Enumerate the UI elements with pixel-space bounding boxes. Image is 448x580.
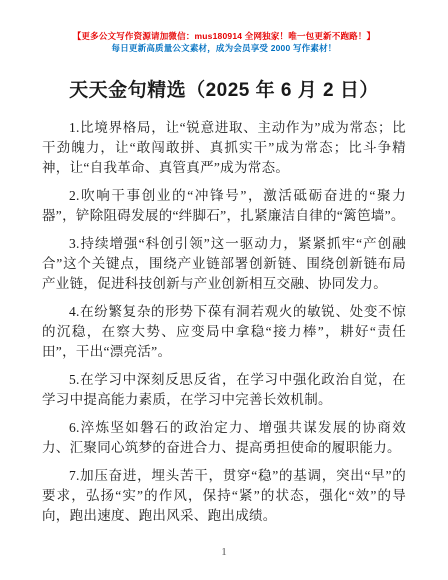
paragraph-3: 3.持续增强“科创引领”这一驱动力，紧紧抓牢“产创融合”这个关键点，围绕产业链部… — [42, 234, 406, 294]
paragraph-1: 1.比境界格局，让“锐意进取、主动作为”成为常态；比干劲魄力，让“敢闯敢拼、真抓… — [42, 118, 406, 178]
promo-header-line2: 每日更新高质量公文素材，成为会员享受 2000 写作素材！ — [42, 42, 406, 54]
document-body: 1.比境界格局，让“锐意进取、主动作为”成为常态；比干劲魄力，让“敢闯敢拼、真抓… — [42, 118, 406, 526]
promo-header: 【更多公文写作资源请加微信：mus180914 全网独家！唯一包更新不跑路！】 … — [42, 30, 406, 55]
promo-header-line1: 【更多公文写作资源请加微信：mus180914 全网独家！唯一包更新不跑路！】 — [42, 30, 406, 42]
paragraph-4: 4.在纷繁复杂的形势下葆有洞若观火的敏锐、处变不惊的沉稳，在察大势、应变局中拿稳… — [42, 302, 406, 362]
page-title: 天天金句精选（2025 年 6 月 2 日） — [42, 75, 406, 102]
paragraph-7: 7.加压奋进，埋头苦干，贯穿“稳”的基调，突出“早”的要求，弘扬“实”的作风，保… — [42, 466, 406, 526]
paragraph-6: 6.淬炼坚如磐石的政治定力、增强共谋发展的协商效力、汇聚同心筑梦的奋进合力、提高… — [42, 418, 406, 458]
document-page: 【更多公文写作资源请加微信：mus180914 全网独家！唯一包更新不跑路！】 … — [0, 0, 448, 580]
paragraph-5: 5.在学习中深刻反思反省，在学习中强化政治自觉，在学习中提高能力素质，在学习中完… — [42, 370, 406, 410]
paragraph-2: 2.吹响干事创业的“冲锋号”，激活砥砺奋进的“聚力器”，铲除阻碍发展的“绊脚石”… — [42, 186, 406, 226]
page-number: 1 — [0, 546, 448, 558]
